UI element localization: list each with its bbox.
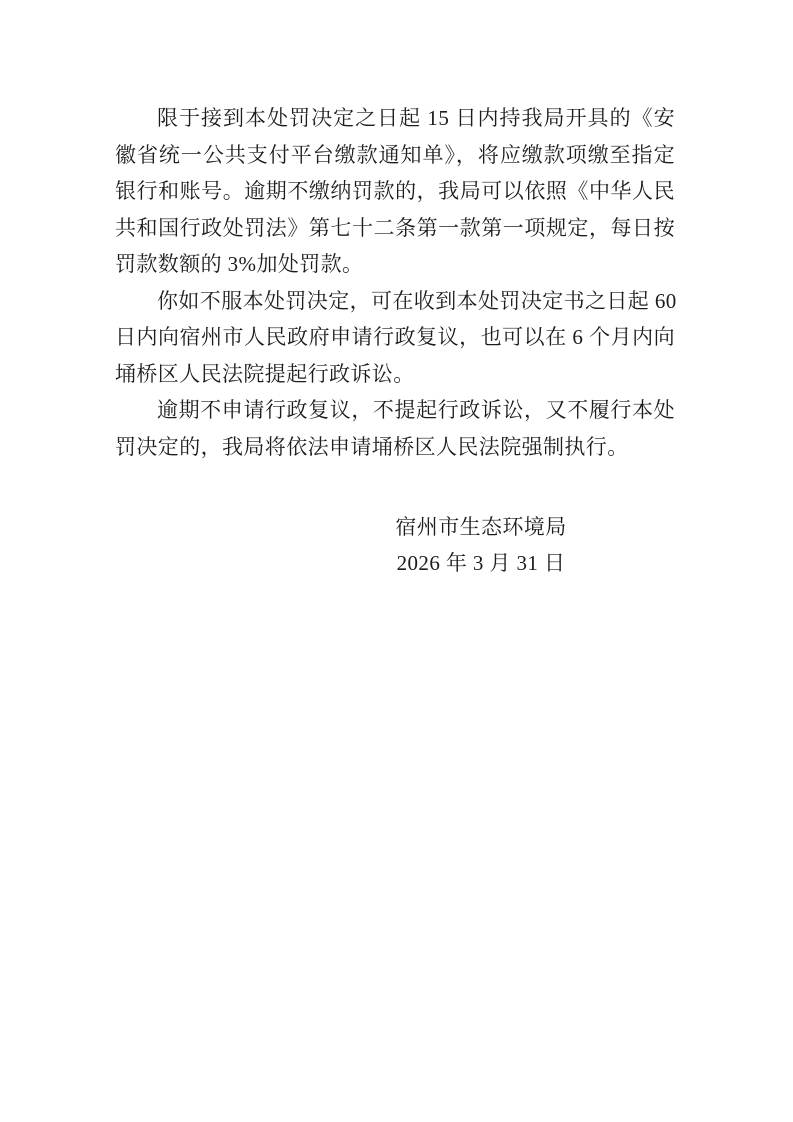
- document-line: 徽省统一公共支付平台缴款通知单》，将应缴款项缴至指定: [115, 137, 675, 174]
- document-line: 你如不服本处罚决定，可在收到本处罚决定书之日起 60: [115, 283, 675, 320]
- document-line: 限于接到本处罚决定之日起 15 日内持我局开具的《安: [115, 100, 675, 137]
- paragraph: 限于接到本处罚决定之日起 15 日内持我局开具的《安徽省统一公共支付平台缴款通知…: [115, 100, 675, 283]
- paragraph: 你如不服本处罚决定，可在收到本处罚决定书之日起 60日内向宿州市人民政府申请行政…: [115, 283, 675, 393]
- document-line: 埇桥区人民法院提起行政诉讼。: [115, 356, 675, 393]
- signature-issuer: 宿州市生态环境局: [201, 509, 761, 545]
- document-line: 银行和账号。逾期不缴纳罚款的，我局可以依照《中华人民: [115, 173, 675, 210]
- signature-block: 宿州市生态环境局 2026 年 3 月 31 日: [201, 509, 761, 581]
- document-page: 限于接到本处罚决定之日起 15 日内持我局开具的《安徽省统一公共支付平台缴款通知…: [0, 0, 793, 1122]
- document-line: 罚款数额的 3%加处罚款。: [115, 246, 675, 283]
- document-content: 限于接到本处罚决定之日起 15 日内持我局开具的《安徽省统一公共支付平台缴款通知…: [115, 100, 675, 581]
- document-line: 共和国行政处罚法》第七十二条第一款第一项规定，每日按: [115, 210, 675, 247]
- document-line: 日内向宿州市人民政府申请行政复议，也可以在 6 个月内向: [115, 319, 675, 356]
- document-line: 逾期不申请行政复议，不提起行政诉讼，又不履行本处: [115, 392, 675, 429]
- paragraph: 逾期不申请行政复议，不提起行政诉讼，又不履行本处罚决定的，我局将依法申请埇桥区人…: [115, 392, 675, 465]
- document-line: 罚决定的，我局将依法申请埇桥区人民法院强制执行。: [115, 429, 675, 466]
- signature-date: 2026 年 3 月 31 日: [201, 545, 761, 581]
- document-body: 限于接到本处罚决定之日起 15 日内持我局开具的《安徽省统一公共支付平台缴款通知…: [115, 100, 675, 465]
